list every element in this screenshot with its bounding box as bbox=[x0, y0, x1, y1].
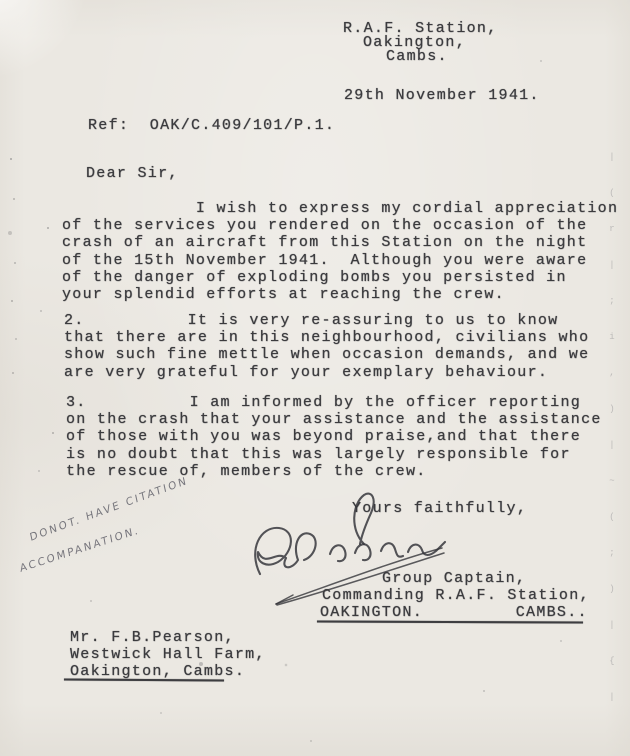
signer-rank: Group Captain, bbox=[382, 570, 526, 587]
paragraph-1-line: of the services you rendered on the occa… bbox=[62, 217, 618, 234]
paragraph-3: 3. I am informed by the officer reportin… bbox=[66, 394, 602, 480]
paragraph-1-line: of the 15th November 1941. Although you … bbox=[62, 252, 618, 269]
recipient-address-1: Westwick Hall Farm, bbox=[70, 646, 266, 663]
recipient-name: Mr. F.B.Pearson, bbox=[70, 629, 266, 646]
signer-station-line: OAKINGTON. CAMBS.. bbox=[320, 604, 588, 621]
paragraph-1: I wish to express my cordial appreciatio… bbox=[62, 200, 618, 303]
paragraph-3-line: is no doubt that this was largely respon… bbox=[66, 446, 602, 463]
reference-line: Ref: OAK/C.409/101/P.1. bbox=[88, 117, 335, 134]
paragraph-1-line: I wish to express my cordial appreciatio… bbox=[62, 200, 618, 217]
paragraph-3-line: 3. I am informed by the officer reportin… bbox=[66, 394, 602, 411]
paragraph-2-line: are very grateful for your exemplary beh… bbox=[64, 364, 589, 381]
letter-page: R.A.F. Station, Oakington, Cambs. 29th N… bbox=[0, 0, 630, 756]
paragraph-3-line: on the crash that your assistance and th… bbox=[66, 411, 602, 428]
salutation: Dear Sir, bbox=[86, 165, 179, 182]
paragraph-3-line: of those with you was beyond praise,and … bbox=[66, 428, 602, 445]
recipient-block: Mr. F.B.Pearson, Westwick Hall Farm, Oak… bbox=[70, 629, 266, 681]
paragraph-1-line: crash of an aircraft from this Station o… bbox=[62, 234, 618, 251]
paragraph-2: 2. It is very re-assuring to us to know … bbox=[64, 312, 589, 381]
signer-role: Commanding R.A.F. Station, bbox=[322, 587, 590, 604]
paragraph-1-line: your splendid efforts at reaching the cr… bbox=[62, 286, 618, 303]
paragraph-2-line: 2. It is very re-assuring to us to know bbox=[64, 312, 589, 329]
paper-specks bbox=[0, 0, 2, 2]
paragraph-2-line: that there are in this neighbourhood, ci… bbox=[64, 329, 589, 346]
page-bleed-through-marks: |(r|;i,)|~(;)|{| bbox=[607, 152, 617, 738]
paragraph-3-line: the rescue of, members of the crew. bbox=[66, 463, 602, 480]
letter-date: 29th November 1941. bbox=[344, 87, 540, 104]
paragraph-1-line: of the danger of exploding bombs you per… bbox=[62, 269, 618, 286]
letterhead-line-3: Cambs. bbox=[386, 48, 448, 65]
paragraph-2-line: show such fine mettle when occasion dema… bbox=[64, 346, 589, 363]
recipient-underline bbox=[64, 678, 224, 681]
